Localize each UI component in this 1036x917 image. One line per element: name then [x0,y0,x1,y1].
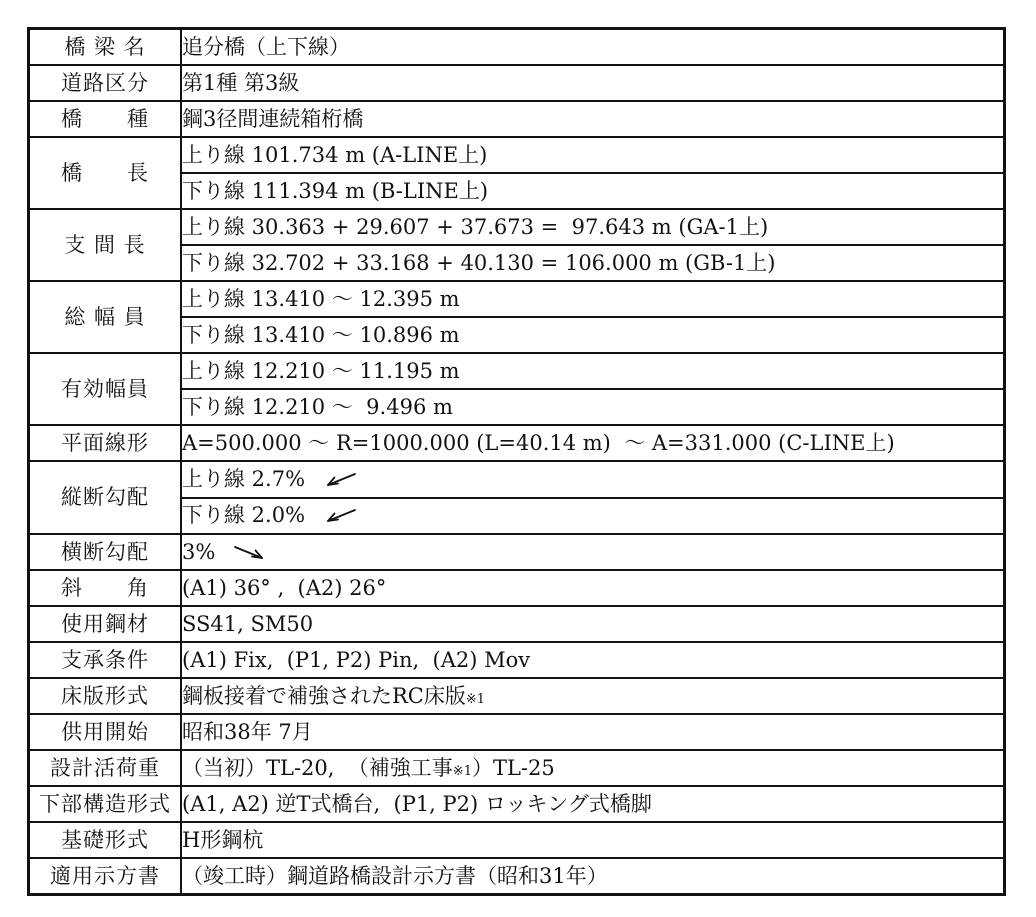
slope-down-left-arrow-icon [321,507,359,525]
row-label: 適用示方書 [29,858,182,894]
table-row: 床版形式 鋼板接着で補強されたRC床版※1 [29,678,1005,714]
table-row: 橋 種 鋼3径間連続箱桁橋 [29,101,1005,137]
row-value: A=500.000 ～ R=1000.000 (L=40.14 m) ～ A=3… [181,425,1005,461]
row-value-text: 鋼板接着で補強されたRC床版 [182,684,466,708]
row-value: 上り線 30.363 + 29.607 + 37.673 = 97.643 m … [181,209,1005,245]
table-row: 支承条件 (A1) Fix, (P1, P2) Pin, (A2) Mov [29,642,1005,678]
row-value: 下り線 111.394 m (B-LINE上) [181,173,1005,209]
table-row: 総 幅 員 上り線 13.410 ～ 12.395 m [29,281,1005,317]
slope-down-left-arrow-icon [321,471,359,489]
table-row: 縦断勾配 上り線 2.7% [29,461,1005,497]
row-value: 上り線 13.410 ～ 12.395 m [181,281,1005,317]
row-label: 横断勾配 [29,534,182,570]
row-value: 追分橋（上下線） [181,29,1005,65]
row-value: (A1, A2) 逆T式橋台, (P1, P2) ロッキング式橋脚 [181,786,1005,822]
row-value-text: （当初）TL-20, （補強工事 [182,756,453,780]
row-value: 下り線 32.702 + 33.168 + 40.130 = 106.000 m… [181,245,1005,281]
row-value: 第1種 第3級 [181,65,1005,101]
row-value: (A1) 36° , (A2) 26° [181,570,1005,606]
row-value: H形鋼杭 [181,822,1005,858]
row-label: 使用鋼材 [29,606,182,642]
row-value: (A1) Fix, (P1, P2) Pin, (A2) Mov [181,642,1005,678]
row-value-text: 上り線 2.7% [182,467,305,491]
row-value: 鋼3径間連続箱桁橋 [181,101,1005,137]
row-value: 3% [181,534,1005,570]
row-label: 総 幅 員 [29,281,182,353]
row-label: 縦断勾配 [29,461,182,533]
footnote-marker: ※1 [453,764,472,779]
table-row: 斜 角 (A1) 36° , (A2) 26° [29,570,1005,606]
table-row: 橋 梁 名 追分橋（上下線） [29,29,1005,65]
row-value-text: ）TL-25 [472,756,555,780]
table-row: 基礎形式 H形鋼杭 [29,822,1005,858]
row-label: 供用開始 [29,714,182,750]
row-value-text: 3% [182,540,215,564]
row-value: 上り線 2.7% [181,461,1005,497]
footnote-marker: ※1 [466,692,485,707]
table-row: 適用示方書 （竣工時）鋼道路橋設計示方書（昭和31年） [29,858,1005,894]
row-label: 設計活荷重 [29,750,182,786]
row-label: 道路区分 [29,65,182,101]
row-label: 支承条件 [29,642,182,678]
row-value: （当初）TL-20, （補強工事※1）TL-25 [181,750,1005,786]
table-row: 設計活荷重 （当初）TL-20, （補強工事※1）TL-25 [29,750,1005,786]
row-label: 橋 長 [29,137,182,209]
table-row: 道路区分 第1種 第3級 [29,65,1005,101]
row-value: 上り線 101.734 m (A-LINE上) [181,137,1005,173]
row-value: SS41, SM50 [181,606,1005,642]
slope-down-right-arrow-icon [231,544,269,562]
row-value: 上り線 12.210 ～ 11.195 m [181,353,1005,389]
bridge-spec-table: 橋 梁 名 追分橋（上下線） 道路区分 第1種 第3級 橋 種 鋼3径間連続箱桁… [27,27,1006,896]
row-label: 橋 種 [29,101,182,137]
table-row: 供用開始 昭和38年 7月 [29,714,1005,750]
row-value: 鋼板接着で補強されたRC床版※1 [181,678,1005,714]
table-row: 橋 長 上り線 101.734 m (A-LINE上) [29,137,1005,173]
row-label: 橋 梁 名 [29,29,182,65]
table-row: 使用鋼材 SS41, SM50 [29,606,1005,642]
row-value: 下り線 2.0% [181,498,1005,534]
row-label: 下部構造形式 [29,786,182,822]
row-label: 基礎形式 [29,822,182,858]
row-label: 斜 角 [29,570,182,606]
table-row: 平面線形 A=500.000 ～ R=1000.000 (L=40.14 m) … [29,425,1005,461]
row-value: 下り線 12.210 ～ 9.496 m [181,389,1005,425]
table-row: 下部構造形式 (A1, A2) 逆T式橋台, (P1, P2) ロッキング式橋脚 [29,786,1005,822]
row-value: （竣工時）鋼道路橋設計示方書（昭和31年） [181,858,1005,894]
row-label: 有効幅員 [29,353,182,425]
scanned-document-page: 橋 梁 名 追分橋（上下線） 道路区分 第1種 第3級 橋 種 鋼3径間連続箱桁… [0,0,1036,917]
row-value: 下り線 13.410 ～ 10.896 m [181,317,1005,353]
table-row: 横断勾配 3% [29,534,1005,570]
row-value-text: 下り線 2.0% [182,503,305,527]
row-label: 床版形式 [29,678,182,714]
row-label: 支 間 長 [29,209,182,281]
table-row: 有効幅員 上り線 12.210 ～ 11.195 m [29,353,1005,389]
table-row: 支 間 長 上り線 30.363 + 29.607 + 37.673 = 97.… [29,209,1005,245]
row-label: 平面線形 [29,425,182,461]
row-value: 昭和38年 7月 [181,714,1005,750]
